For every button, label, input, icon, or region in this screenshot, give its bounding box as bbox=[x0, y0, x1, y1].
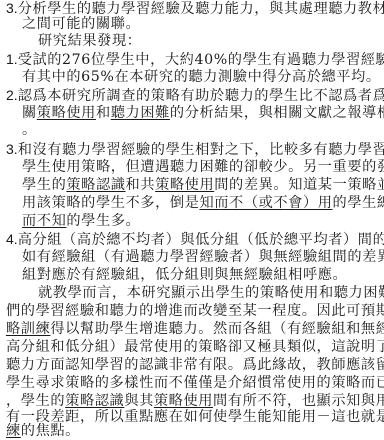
text: 和沒有聽力學習經驗的學生相對之下，比較多有聽力學習經驗的 bbox=[18, 142, 384, 158]
finding-3-line-3: 學生的策略認識和共策略使用間的差異。知道某一策略並眞正使 bbox=[22, 177, 384, 195]
teaching-line-7: ，學生的策略認識與其策略使用間有所不符，也顯示知與用之間仍 bbox=[6, 393, 384, 411]
text: 組對應於有經驗組，低分組則與無經驗組相呼應。 bbox=[22, 267, 347, 283]
item-number: 3. bbox=[6, 0, 18, 16]
text: 如有經驗組（有過聽力學習經驗者）與無經驗組間的差異。高分 bbox=[22, 249, 384, 265]
item-number: 3. bbox=[6, 141, 18, 157]
underlined-term: 知而不（或不會）用 bbox=[199, 195, 332, 211]
finding-3-line-2: 學生使用策略，但遭遇聽力困難的卻較少。另一重要的發現則是 bbox=[22, 159, 384, 177]
finding-4-line-2: 如有經驗組（有過聽力學習經驗者）與無經驗組間的差異。高分 bbox=[22, 249, 384, 267]
underlined-term: 而不知 bbox=[22, 213, 66, 229]
teaching-line-3: 略訓練得以幫助學生增進聽力。然而各組（有經驗組和無經驗組， bbox=[6, 321, 384, 339]
text: 有其中的65%在本研究的聽力測驗中得分高於總平均。 bbox=[22, 69, 381, 85]
underlined-term: 策略使用 bbox=[154, 393, 213, 409]
underlined-term: 略訓練 bbox=[6, 321, 50, 337]
underlined-term: 策略使用 bbox=[155, 177, 214, 193]
text: 受試的276位學生中，大約40%的學生有過聽力學習經驗，不過只 bbox=[18, 52, 384, 68]
finding-2-line-2: 關策略使用和聽力困難的分析結果，與相關文獻之報導相當一致 bbox=[22, 105, 384, 123]
text: 和 bbox=[96, 105, 111, 121]
text: ，學生的 bbox=[6, 393, 65, 409]
text: 的分析結果，與相關文獻之報導相當一致 bbox=[170, 105, 384, 121]
teaching-line-6: 學生尋求策略的多樣性而不僅僅是介紹慣常使用的策略而已。再者 bbox=[6, 375, 384, 393]
finding-3-line-1: 3.和沒有聽力學習經驗的學生相對之下，比較多有聽力學習經驗的 bbox=[6, 141, 384, 159]
text: 的學生總是比 bbox=[333, 195, 384, 211]
text: 之間可能的關聯。 bbox=[22, 16, 140, 32]
text: 的焦點。 bbox=[21, 423, 80, 439]
underlined-term: 策略使用 bbox=[37, 105, 96, 121]
text: 間有所不符，也顯示知與用之間仍 bbox=[213, 393, 384, 409]
text: 。 bbox=[22, 122, 37, 138]
finding-2-line-3: 。 bbox=[22, 122, 37, 140]
finding-1-line-1: 1.受試的276位學生中，大約40%的學生有過聽力學習經驗，不過只 bbox=[6, 51, 384, 69]
text: 學生尋求策略的多樣性而不僅僅是介紹慣常使用的策略而已。再者 bbox=[6, 375, 384, 391]
text: 用該策略的學生不多，倒是 bbox=[22, 195, 199, 211]
text: 的學生多。 bbox=[66, 213, 140, 229]
teaching-line-5: 聽力方面認知學習的認識非常有限。爲此緣故，教師應該留意幫助 bbox=[6, 357, 384, 375]
item-number: 4. bbox=[6, 231, 18, 247]
finding-1-line-2: 有其中的65%在本研究的聽力測驗中得分高於總平均。 bbox=[22, 69, 381, 87]
text: 間的差異。知道某一策略並眞正使 bbox=[214, 177, 384, 193]
intro-item-line-1: 3.分析學生的聽力學習經驗及聽力能力，與其處理聽力教材的策略 bbox=[6, 0, 384, 18]
underlined-term: 策略認識 bbox=[66, 177, 125, 193]
text: 認爲本研究所調查的策略有助於聽力的學生比不認爲者爲多。有 bbox=[18, 88, 384, 104]
text: 與其 bbox=[124, 393, 154, 409]
underlined-term: 策略認識 bbox=[65, 393, 124, 409]
teaching-line-2: 們的學習經驗和聽力的增進而改變至某一程度。因此可預期的是策 bbox=[6, 303, 384, 321]
text: 們的學習經驗和聽力的增進而改變至某一程度。因此可預期的是 bbox=[6, 303, 384, 319]
finding-3-line-5: 而不知的學生多。 bbox=[22, 213, 140, 231]
intro-item-line-2: 之間可能的關聯。 bbox=[22, 16, 140, 34]
text: 學生的 bbox=[22, 177, 66, 193]
teaching-line-4: 高分組和低分組）最常使用的策略卻又極具類似，這說明了學生對 bbox=[6, 339, 384, 357]
finding-4-line-1: 4.高分組（高於總不均者）與低分組（低於總平均者）間的異同猶 bbox=[6, 231, 384, 249]
item-number: 2. bbox=[6, 87, 18, 103]
teaching-line-1: 就教學而言，本研究顯示出學生的策略使用和聽力困難隨著他 bbox=[38, 285, 384, 303]
text: 高分組和低分組）最常使用的策略卻又極具類似，這說明了學生對 bbox=[6, 339, 384, 355]
item-number: 1. bbox=[6, 51, 18, 67]
text: 高分組（高於總不均者）與低分組（低於總平均者）間的異同猶 bbox=[18, 232, 384, 248]
underlined-term: 練 bbox=[6, 423, 21, 439]
text: 分析學生的聽力學習經驗及聽力能力，與其處理聽力教材的策略 bbox=[18, 1, 384, 17]
text: 關 bbox=[22, 105, 37, 121]
text: 聽力方面認知學習的認識非常有限。爲此緣故，教師應該留意幫助 bbox=[6, 357, 384, 373]
heading-text: 研究結果發現： bbox=[38, 33, 142, 49]
findings-heading: 研究結果發現： bbox=[38, 33, 142, 51]
finding-4-line-3: 組對應於有經驗組，低分組則與無經驗組相呼應。 bbox=[22, 267, 347, 285]
text: 得以幫助學生增進聽力。然而各組（有經驗組和無經驗組， bbox=[50, 321, 384, 337]
teaching-line-9: 練的焦點。 bbox=[6, 423, 80, 440]
finding-3-line-4: 用該策略的學生不多，倒是知而不（或不會）用的學生總是比用 bbox=[22, 195, 384, 213]
underlined-term: 聽力困難 bbox=[111, 105, 170, 121]
text: 學生使用策略，但遭遇聽力困難的卻較少。另一重要的發現則是 bbox=[22, 159, 384, 175]
text: 就教學而言，本研究顯示出學生的策略使用和聽力困難隨著他 bbox=[38, 285, 384, 301]
finding-2-line-1: 2.認爲本研究所調查的策略有助於聽力的學生比不認爲者爲多。有 bbox=[6, 87, 384, 105]
document-page: 3.分析學生的聽力學習經驗及聽力能力，與其處理聽力教材的策略 之間可能的關聯。 … bbox=[0, 0, 384, 440]
text: 和共 bbox=[126, 177, 156, 193]
